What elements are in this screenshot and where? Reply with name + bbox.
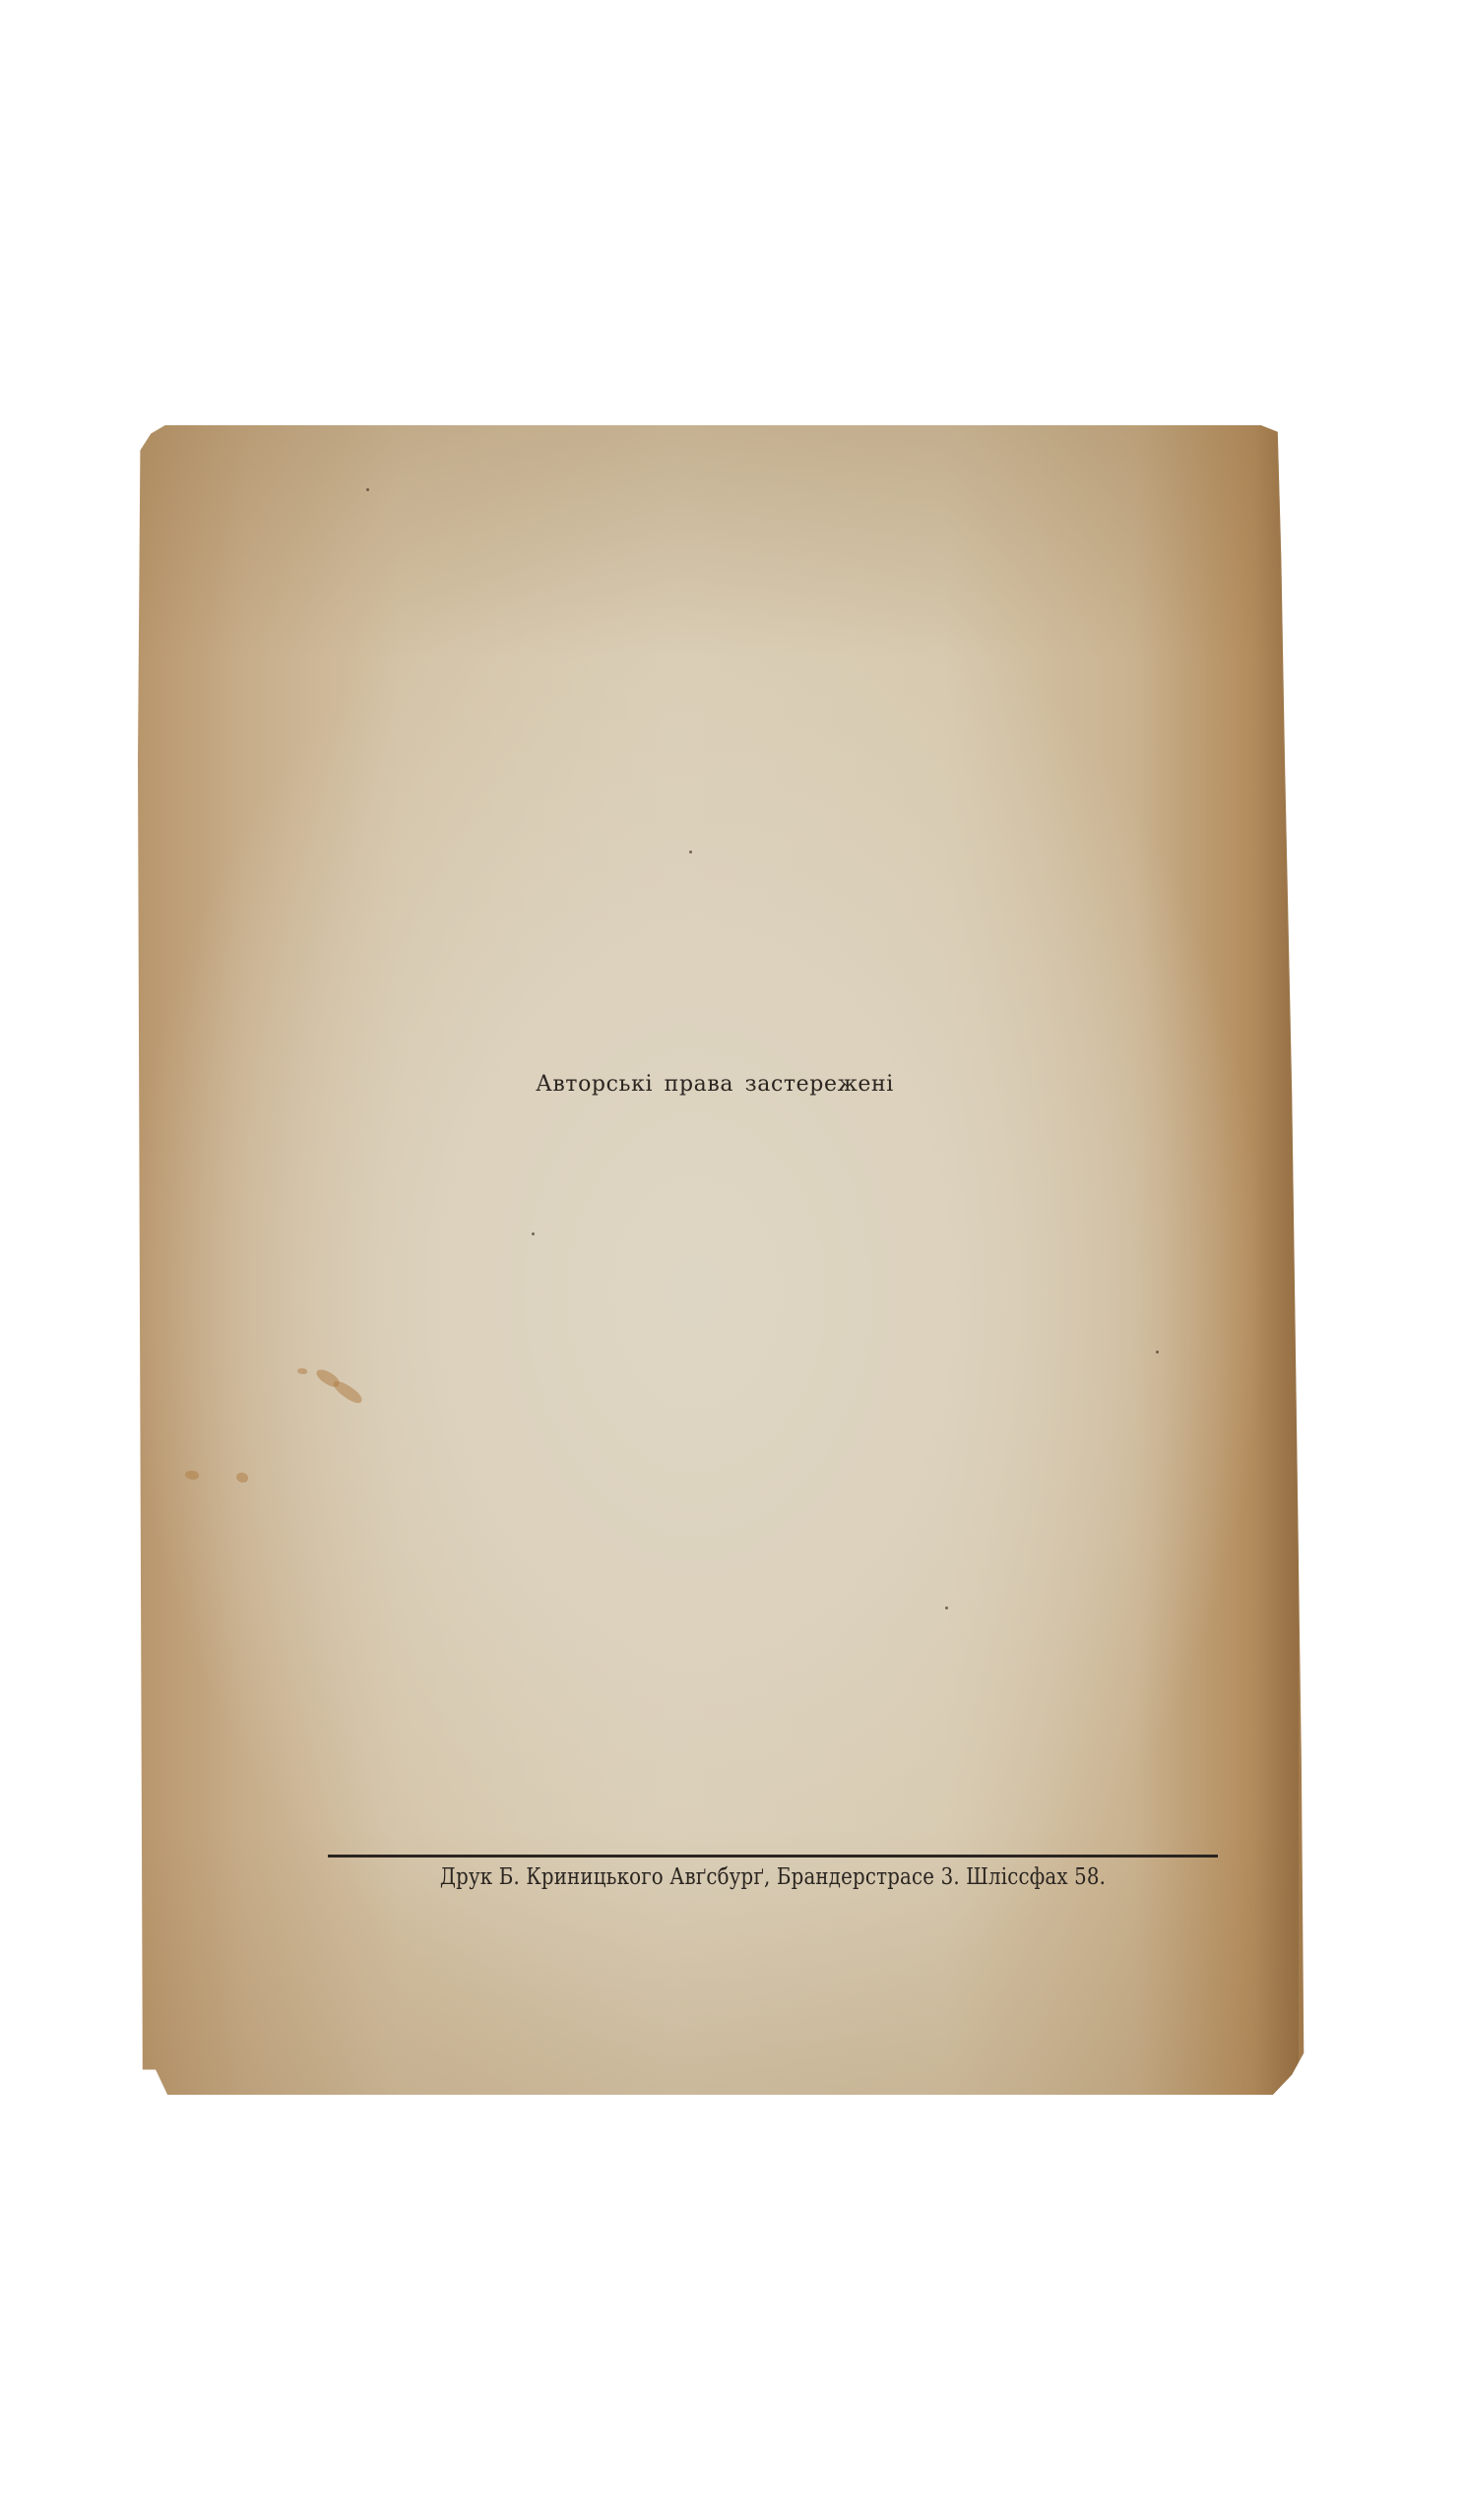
printer-imprint: Друк Б. Криницького Авґсбурґ, Брандерстр… <box>390 1864 1155 1890</box>
paper-speck <box>689 850 692 853</box>
document-page: Авторські права застережені Друк Б. Крин… <box>138 425 1325 2095</box>
copyright-notice: Авторські права застережені <box>138 1072 1325 1097</box>
paper-speck <box>945 1606 948 1609</box>
paper-stain <box>330 1378 364 1406</box>
paper-stain <box>185 1471 199 1480</box>
torn-edge-mark <box>1309 1508 1325 1557</box>
paper-speck <box>532 1232 535 1235</box>
paper-speck <box>1156 1351 1159 1354</box>
paper-speck <box>366 488 369 491</box>
horizontal-rule <box>328 1855 1218 1858</box>
paper-stain <box>297 1368 307 1374</box>
paper-stain <box>236 1473 248 1482</box>
